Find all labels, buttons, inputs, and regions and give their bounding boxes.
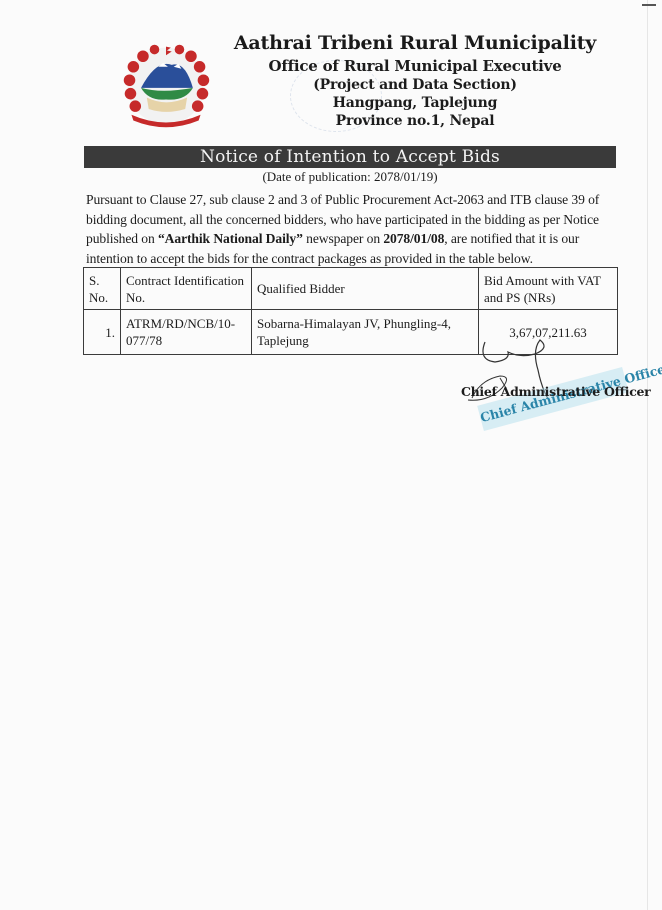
letterhead: Aathrai Tribeni Rural Municipality Offic… [200, 28, 630, 129]
header-qualified-bidder: Qualified Bidder [252, 268, 479, 310]
page-edge [647, 0, 648, 910]
original-notice-date: 2078/01/08 [383, 231, 444, 246]
newspaper-name: “Aarthik National Daily” [158, 231, 303, 246]
publication-date: (Date of publication: 2078/01/19) [84, 169, 616, 185]
table-header-row: S. No. Contract Identification No. Quali… [84, 268, 618, 310]
cell-sno: 1. [84, 310, 121, 355]
header-bid-amount: Bid Amount with VAT and PS (NRs) [479, 268, 618, 310]
header-contract-id: Contract Identification No. [121, 268, 252, 310]
province: Province no.1, Nepal [200, 113, 630, 129]
cell-contract-id: ATRM/RD/NCB/10-077/78 [121, 310, 252, 355]
corner-mark [642, 4, 656, 6]
office-address: Hangpang, Taplejung [200, 95, 630, 111]
signatory-title: Chief Administrative Officer [461, 384, 650, 399]
section-name: (Project and Data Section) [200, 77, 630, 93]
paragraph-part2: newspaper on [303, 231, 384, 246]
office-name: Office of Rural Municipal Executive [200, 57, 630, 75]
notice-title: Notice of Intention to Accept Bids [84, 146, 616, 168]
notice-paragraph: Pursuant to Clause 27, sub clause 2 and … [86, 190, 626, 268]
municipality-name: Aathrai Tribeni Rural Municipality [200, 32, 630, 54]
header-sno: S. No. [84, 268, 121, 310]
